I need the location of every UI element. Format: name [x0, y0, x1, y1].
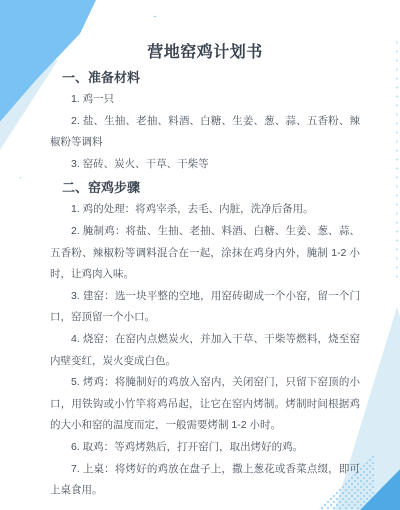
step-item: 5. 烤鸡：将腌制好的鸡放入窑内，关闭窑门，只留下窑顶的小口，用铁钩或小竹竿将鸡… — [50, 372, 360, 437]
step-item: 7. 上桌：将烤好的鸡放在盘子上，撒上葱花或香菜点缀，即可上桌食用。 — [50, 459, 360, 502]
step-item: 4. 烧窑：在窑内点燃炭火，并加入干草、干柴等燃料，烧至窑内壁变红，炭火变成白色… — [50, 329, 360, 372]
material-item: 3. 窑砖、炭火、干草、干柴等 — [50, 154, 360, 176]
page-title: 营地窑鸡计划书 — [50, 41, 360, 65]
step-item: 1. 鸡的处理：将鸡宰杀，去毛、内脏，洗净后备用。 — [50, 199, 360, 221]
dotted-line-right-edge-upper — [395, 38, 400, 278]
halftone-dots-left-edge — [0, 142, 42, 214]
material-item: 2. 盐、生抽、老抽、料酒、白糖、生姜、葱、蒜、五香粉、辣椒粉等调料 — [50, 111, 360, 154]
dotted-line-right-edge-lower — [390, 348, 400, 432]
step-item: 2. 腌制鸡：将盐、生抽、老抽、料酒、白糖、生姜、葱、蒜、五香粉、辣椒粉等调料混… — [50, 221, 360, 286]
section-heading-steps: 二、窑鸡步骤 — [50, 177, 360, 199]
corner-decoration-bottom-right-blue-triangle — [360, 468, 400, 510]
step-item: 6. 取鸡：等鸡烤熟后，打开窑门，取出烤好的鸡。 — [50, 437, 360, 459]
document-page: 营地窑鸡计划书 一、准备材料 1. 鸡一只 2. 盐、生抽、老抽、料酒、白糖、生… — [50, 0, 360, 502]
material-item: 1. 鸡一只 — [50, 89, 360, 111]
section-heading-materials: 一、准备材料 — [50, 67, 360, 89]
step-item: 3. 建窑：选一块平整的空地，用窑砖砌成一个小窑，留一个门口，窑顶留一个小口。 — [50, 286, 360, 329]
